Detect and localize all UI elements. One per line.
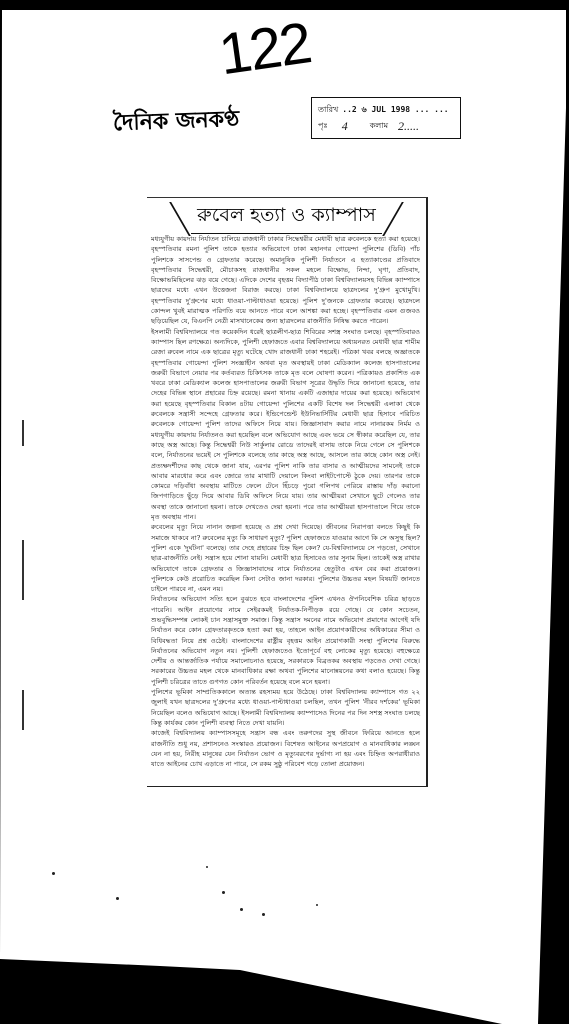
article-paragraph: কাজেই বিশ্ববিদ্যালয় ক্যাম্পাসসমূহে সন্ত… [151, 728, 420, 769]
scan-mark [22, 690, 24, 730]
article-body: মধ্যযুগীয় কায়দায় নির্যাতন চালিয়ে রাজ… [147, 234, 426, 769]
headline-banner: রুবেল হত্যা ও ক্যাম্পাস [155, 202, 418, 232]
article-paragraph: নির্যাতনের অভিযোগ সত্যি হলে বুঝতে হবে বা… [151, 594, 420, 687]
article-paragraph: মধ্যযুগীয় কায়দায় নির্যাতন চালিয়ে রাজ… [151, 234, 420, 327]
stamp-page-row: পৃঃ 4 কলাম 2..... [318, 118, 454, 134]
scan-speck [240, 908, 243, 911]
scan-mark [22, 540, 24, 600]
article-paragraph: পুলিশের ভূমিকা সাম্প্রতিককালে অত্যন্ত রহ… [151, 687, 420, 728]
stamp-page-label: পৃঃ [318, 118, 328, 134]
stamp-date-label: তারিখ [318, 102, 338, 118]
article-paragraph: ইসলামী বিশ্ববিদ্যালয়ে গত কয়েকদিন ধরেই … [151, 327, 420, 523]
stamp-date-value: ..2 ৬ JUL 1998 ... ... [342, 102, 448, 118]
stamp-page-value: 4 [342, 118, 348, 134]
newspaper-clipping: রুবেল হত্যা ও ক্যাম্পাস মধ্যযুগীয় কায়দ… [147, 197, 428, 787]
scan-speck [222, 891, 225, 894]
article-headline: রুবেল হত্যা ও ক্যাম্পাস [191, 201, 382, 234]
stamp-date-row: তারিখ ..2 ৬ JUL 1998 ... ... [318, 102, 454, 118]
scan-speck [316, 904, 318, 906]
scan-mark [22, 420, 24, 446]
newspaper-masthead: দৈনিক জনকণ্ঠ [112, 102, 240, 143]
scan-speck [262, 913, 265, 916]
scan-speck [52, 872, 55, 875]
archive-stamp: তারিখ ..2 ৬ JUL 1998 ... ... পৃঃ 4 কলাম … [311, 97, 461, 139]
scan-speck [116, 897, 119, 900]
scan-speck [206, 866, 208, 868]
article-paragraph: রুবেলের মৃত্যু নিয়ে নানান জল্পনা হয়েছে… [151, 522, 420, 594]
stamp-column-label: কলাম [370, 118, 388, 134]
handwritten-page-number: 122 [215, 9, 314, 88]
stamp-column-value: 2..... [398, 118, 419, 134]
